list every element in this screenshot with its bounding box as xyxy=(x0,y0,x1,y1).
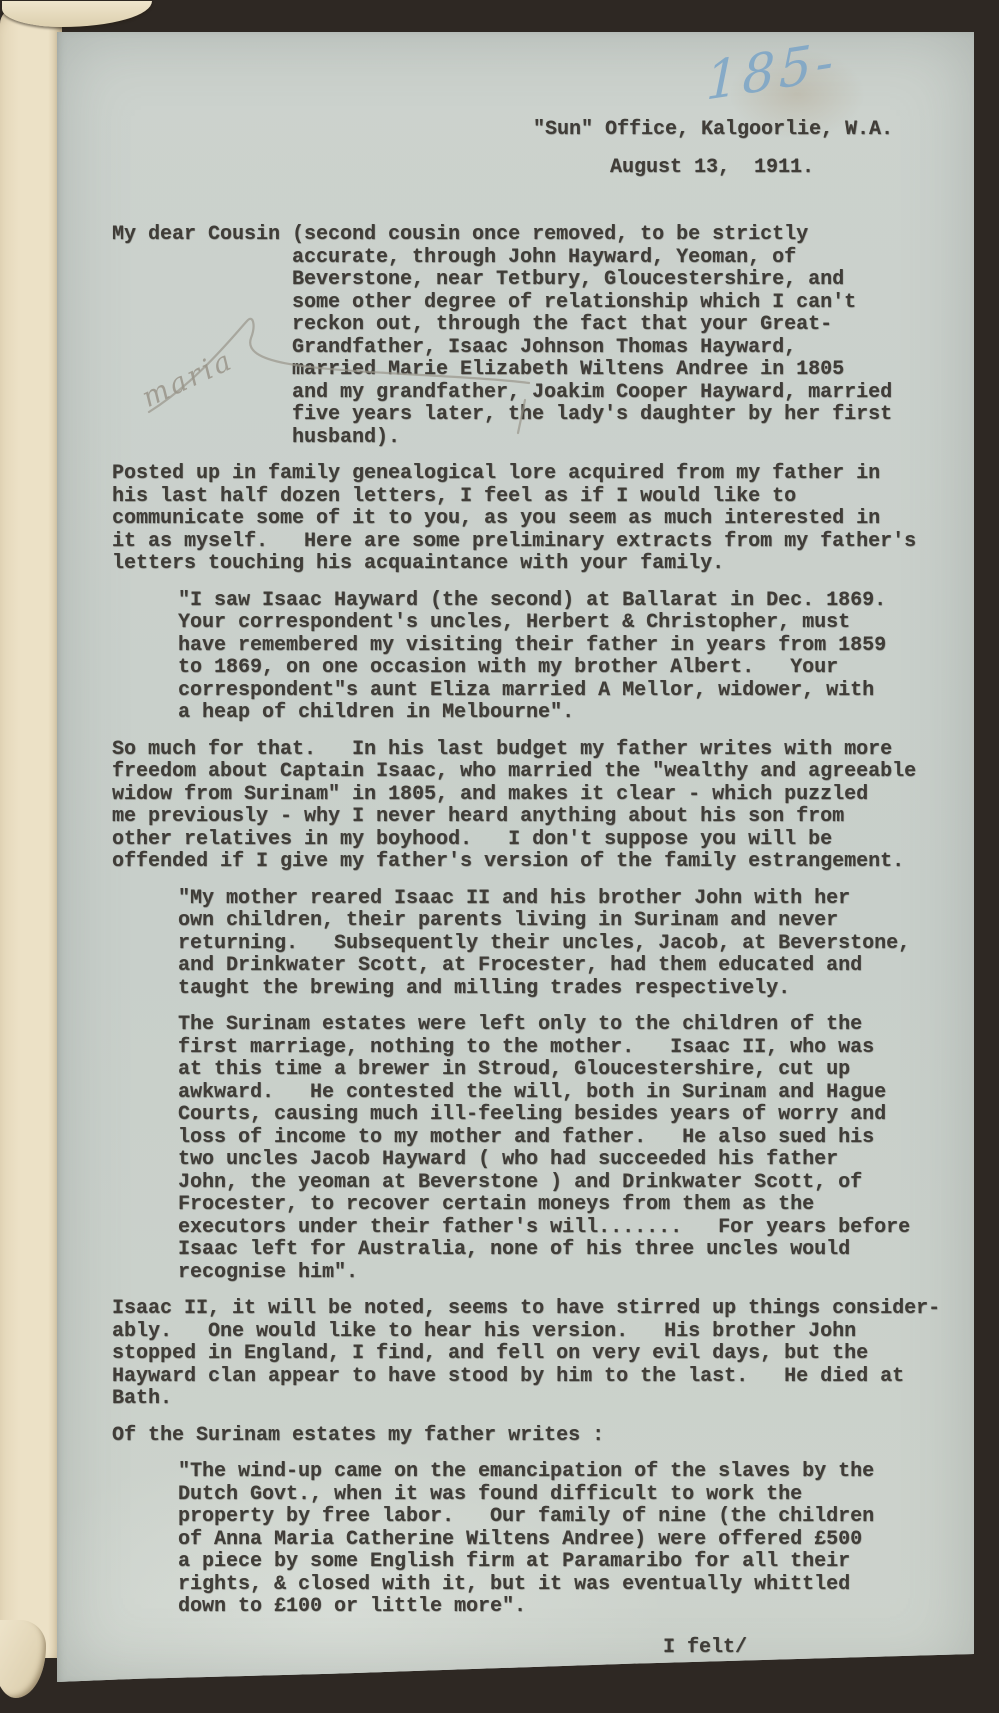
album-page-edge xyxy=(0,8,62,1658)
letterhead-office-line: "Sun" Office, Kalgoorlie, W.A. xyxy=(533,118,893,141)
paragraph: "The wind-up came on the emancipation of… xyxy=(178,1461,974,1619)
paragraph: "I saw Isaac Hayward (the second) at Bal… xyxy=(178,590,974,725)
letter-body: My dear Cousin (second cousin once remov… xyxy=(112,224,974,1633)
scan-background: 185- "Sun" Office, Kalgoorlie, W.A. Augu… xyxy=(0,0,999,1713)
paragraph: My dear Cousin (second cousin once remov… xyxy=(112,224,974,449)
paragraph: Posted up in family genealogical lore ac… xyxy=(112,463,974,576)
catchword-signoff: I felt/ xyxy=(663,1636,747,1659)
paragraph: So much for that. In his last budget my … xyxy=(112,739,974,874)
paragraph: The Surinam estates were left only to th… xyxy=(178,1014,974,1284)
page-curl-bottom xyxy=(0,1620,46,1698)
letter-paper: 185- "Sun" Office, Kalgoorlie, W.A. Augu… xyxy=(57,32,974,1682)
letter-date: August 13, 1911. xyxy=(610,156,814,179)
paragraph: Isaac II, it will be noted, seems to hav… xyxy=(112,1298,974,1411)
archival-page-number: 185- xyxy=(705,31,837,113)
page-curl-top xyxy=(2,1,152,27)
paragraph: Of the Surinam estates my father writes … xyxy=(112,1425,974,1448)
paragraph: "My mother reared Isaac II and his broth… xyxy=(178,888,974,1001)
